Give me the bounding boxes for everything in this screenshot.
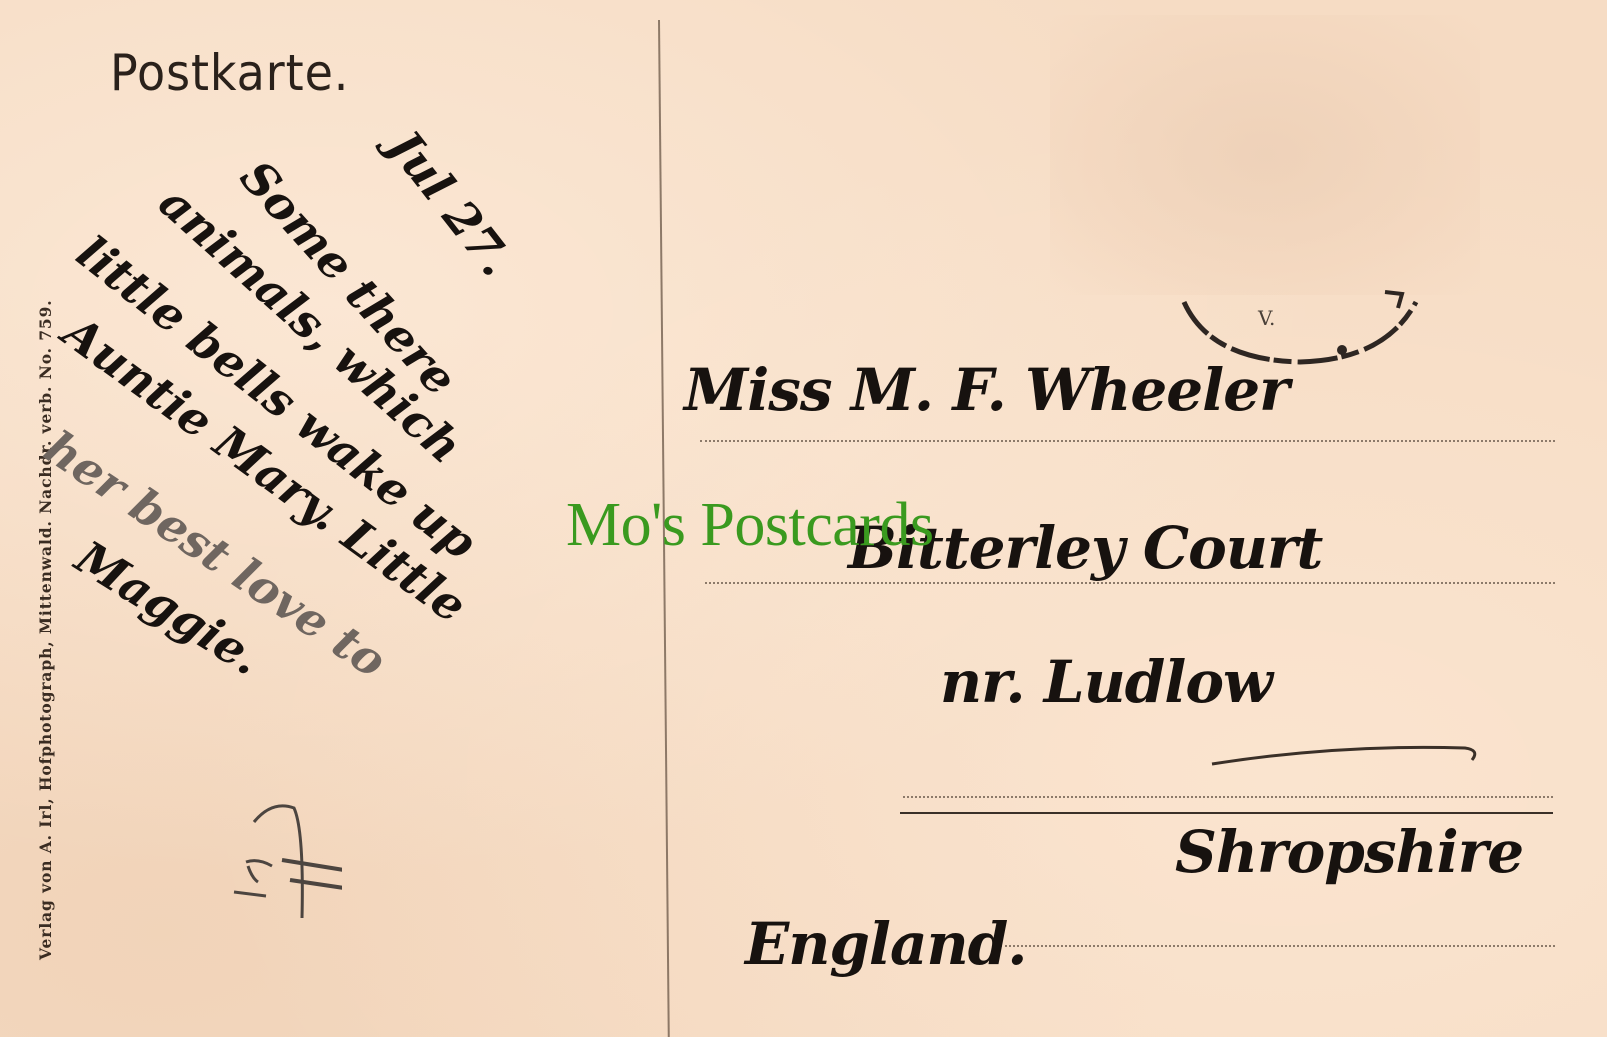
address-county: Shropshire [1175, 818, 1523, 886]
address-recipient: Miss M. F. Wheeler [684, 356, 1289, 424]
postmark-icon [1180, 250, 1420, 370]
address-dotted-line-1 [700, 440, 1555, 442]
town-underline [1210, 740, 1480, 770]
publisher-imprint: Verlag von A. Irl, Hofphotograph, Mitten… [36, 299, 55, 960]
address-solid-line [900, 812, 1553, 814]
watermark-text: Mo's Postcards [566, 490, 934, 561]
address-country: England. [745, 910, 1026, 978]
postmark-text: V. [1258, 306, 1275, 330]
address-dotted-line-3 [903, 796, 1553, 798]
handwritten-message: Jul 27. Some there animals, which little… [90, 120, 610, 760]
pencil-price-mark [232, 800, 342, 920]
address-dotted-line-4 [1000, 945, 1555, 947]
address-dotted-line-2 [705, 582, 1555, 584]
address-town: nr. Ludlow [940, 648, 1272, 716]
postcard-back: V. Postkarte. Verlag von A. Irl, Hofphot… [0, 0, 1607, 1037]
message-line: Jul 27. [377, 120, 523, 286]
postcard-heading: Postkarte. [110, 44, 349, 102]
